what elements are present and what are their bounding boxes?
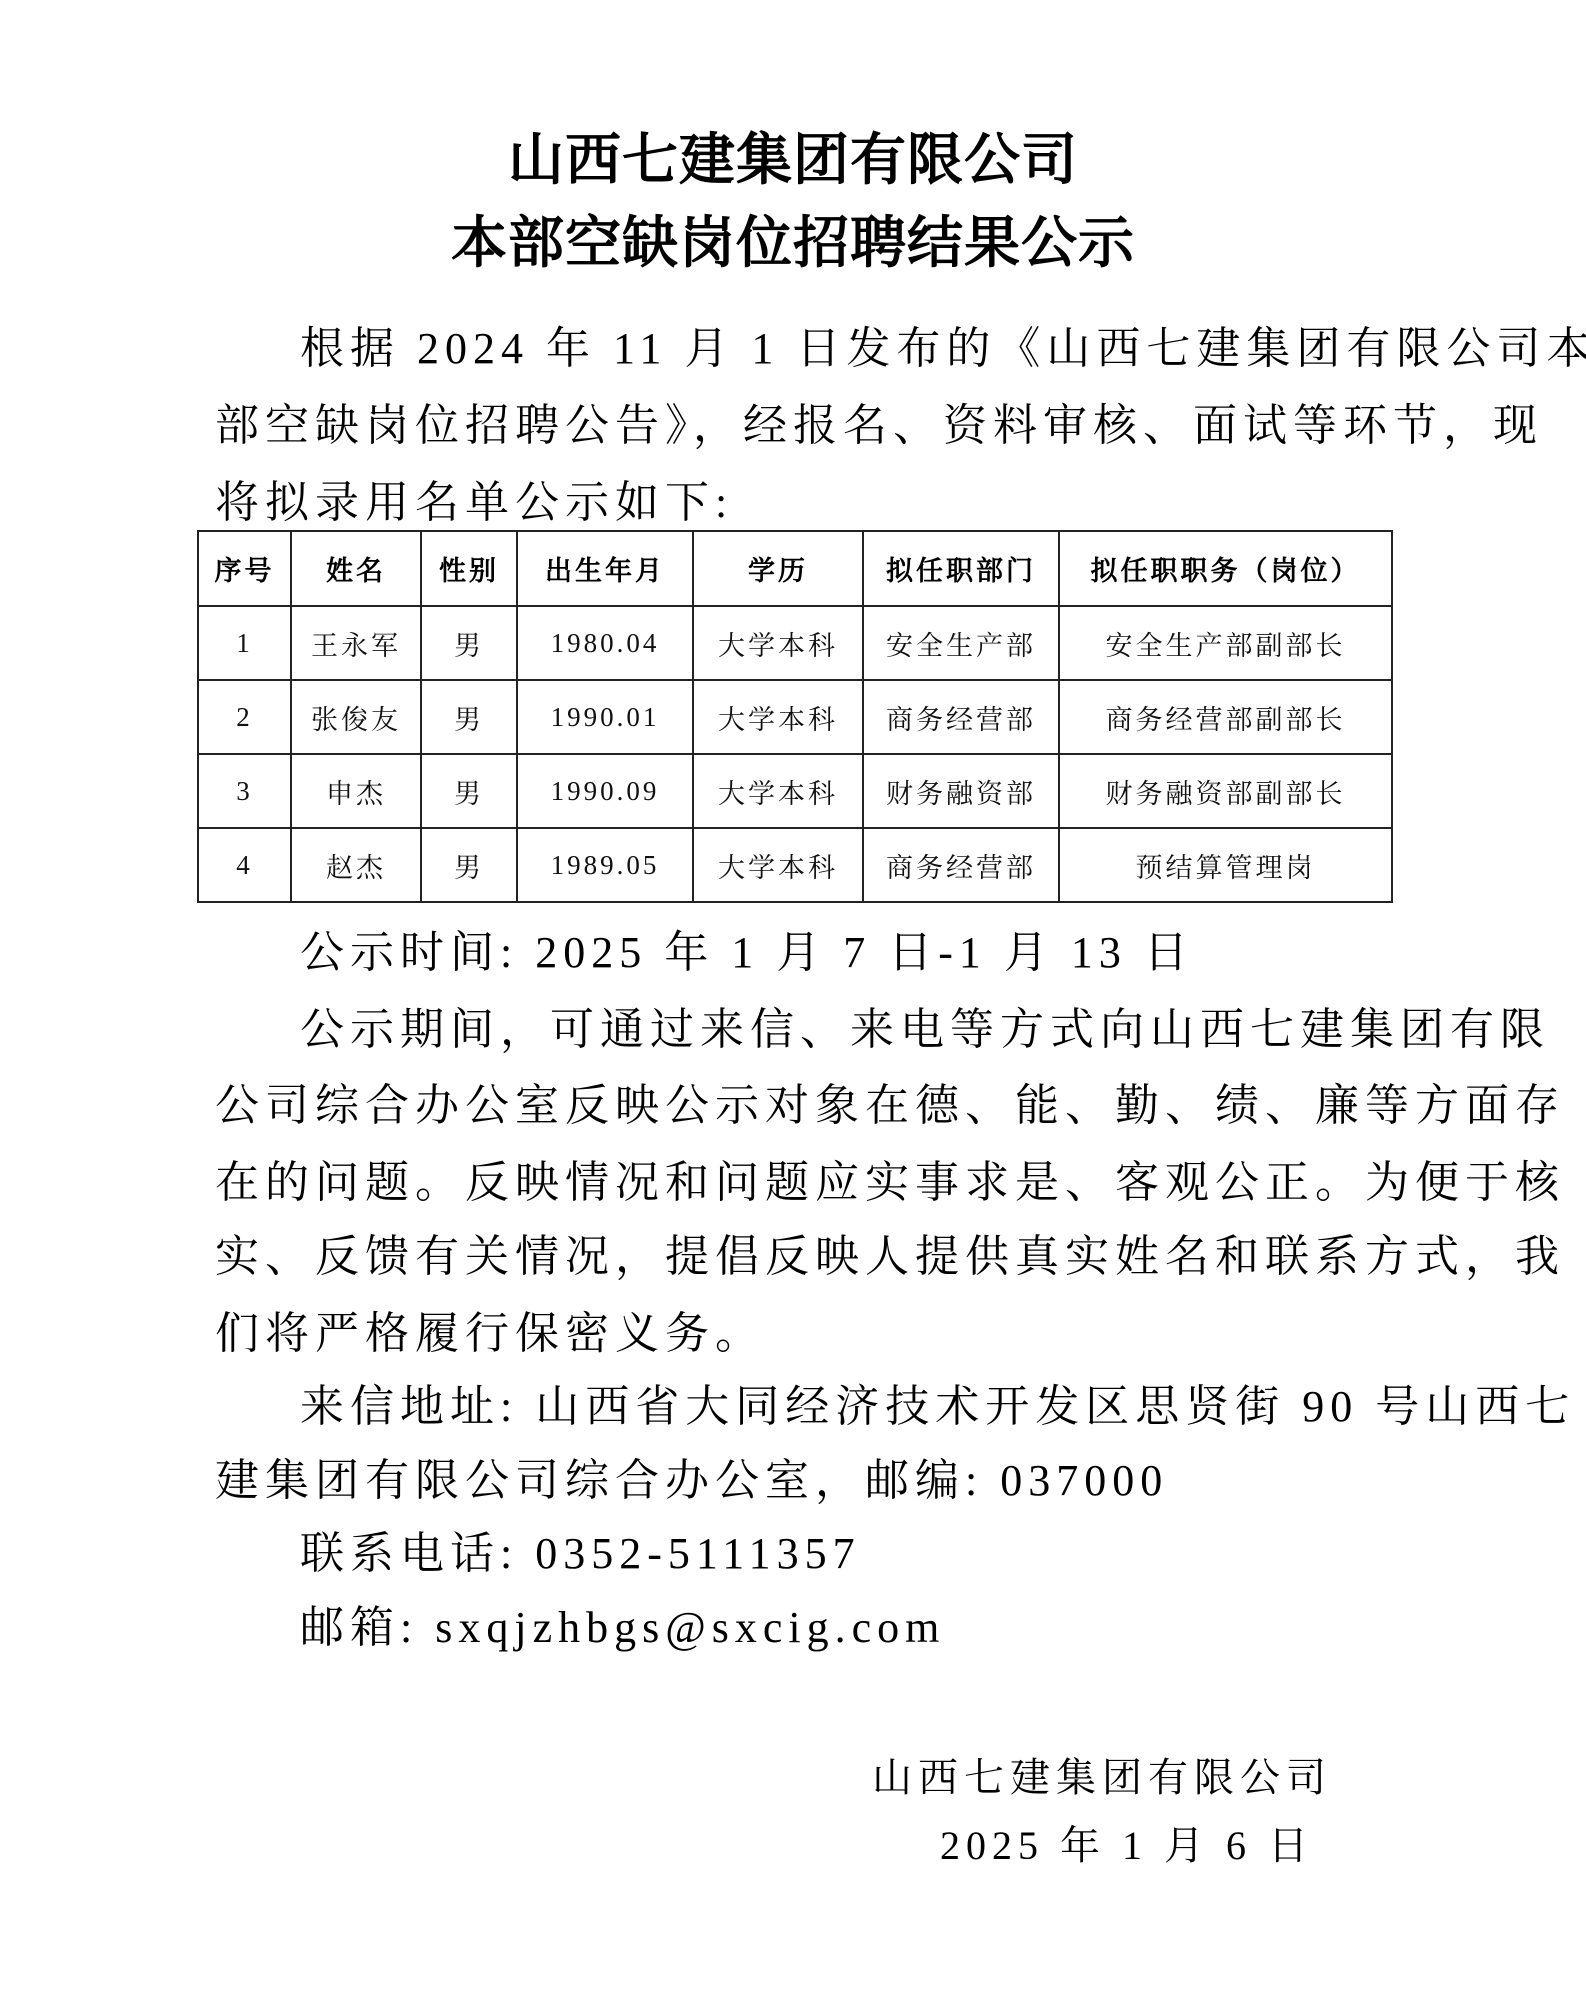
cell-index: 1	[198, 606, 291, 680]
cell-index: 3	[198, 754, 291, 828]
contact-email: 邮箱: sxqjzhbgs@sxcig.com	[300, 1600, 1480, 1656]
table-row: 3 申杰 男 1990.09 大学本科 财务融资部 财务融资部副部长	[198, 754, 1392, 828]
cell-position: 财务融资部副部长	[1059, 754, 1392, 828]
cell-department: 商务经营部	[863, 828, 1059, 902]
cell-department: 财务融资部	[863, 754, 1059, 828]
cell-education: 大学本科	[693, 606, 863, 680]
header-name: 姓名	[291, 531, 421, 606]
header-education: 学历	[693, 531, 863, 606]
header-index: 序号	[198, 531, 291, 606]
cell-gender: 男	[421, 828, 517, 902]
table-row: 2 张俊友 男 1990.01 大学本科 商务经营部 商务经营部副部长	[198, 680, 1392, 754]
cell-department: 安全生产部	[863, 606, 1059, 680]
cell-birth: 1980.04	[517, 606, 693, 680]
signature-organization: 山西七建集团有限公司	[872, 1753, 1332, 1803]
cell-name: 王永军	[291, 606, 421, 680]
cell-name: 申杰	[291, 754, 421, 828]
hiring-results-table: 序号 姓名 性别 出生年月 学历 拟任职部门 拟任职职务（岗位） 1 王永军 男…	[197, 530, 1393, 903]
header-position: 拟任职职务（岗位）	[1059, 531, 1392, 606]
cell-birth: 1990.09	[517, 754, 693, 828]
cell-birth: 1989.05	[517, 828, 693, 902]
cell-gender: 男	[421, 754, 517, 828]
cell-gender: 男	[421, 680, 517, 754]
page-title-line2: 本部空缺岗位招聘结果公示	[0, 211, 1586, 275]
header-department: 拟任职部门	[863, 531, 1059, 606]
cell-department: 商务经营部	[863, 680, 1059, 754]
address-line-1: 来信地址: 山西省大同经济技术开发区思贤街 90 号山西七	[300, 1379, 1480, 1435]
notice-line-4: 实、反馈有关情况，提倡反映人提供真实姓名和联系方式，我	[215, 1229, 1395, 1285]
intro-line-2: 部空缺岗位招聘公告》，经报名、资料审核、面试等环节，现	[215, 398, 1395, 454]
table-header-row: 序号 姓名 性别 出生年月 学历 拟任职部门 拟任职职务（岗位）	[198, 531, 1392, 606]
address-line-2: 建集团有限公司综合办公室，邮编: 037000	[215, 1453, 1395, 1509]
table-row: 1 王永军 男 1980.04 大学本科 安全生产部 安全生产部副部长	[198, 606, 1392, 680]
cell-position: 预结算管理岗	[1059, 828, 1392, 902]
notice-line-5: 们将严格履行保密义务。	[215, 1306, 1395, 1362]
cell-position: 商务经营部副部长	[1059, 680, 1392, 754]
notice-line-3: 在的问题。反映情况和问题应实事求是、客观公正。为便于核	[215, 1155, 1395, 1211]
cell-gender: 男	[421, 606, 517, 680]
header-gender: 性别	[421, 531, 517, 606]
signature-date: 2025 年 1 月 6 日	[940, 1821, 1314, 1871]
cell-name: 赵杰	[291, 828, 421, 902]
publicity-period: 公示时间: 2025 年 1 月 7 日-1 月 13 日	[300, 925, 1480, 981]
header-birth: 出生年月	[517, 531, 693, 606]
cell-index: 4	[198, 828, 291, 902]
cell-education: 大学本科	[693, 680, 863, 754]
page-title-line1: 山西七建集团有限公司	[0, 128, 1586, 192]
cell-education: 大学本科	[693, 754, 863, 828]
intro-line-1: 根据 2024 年 11 月 1 日发布的《山西七建集团有限公司本	[300, 321, 1480, 377]
table-row: 4 赵杰 男 1989.05 大学本科 商务经营部 预结算管理岗	[198, 828, 1392, 902]
cell-name: 张俊友	[291, 680, 421, 754]
notice-line-2: 公司综合办公室反映公示对象在德、能、勤、绩、廉等方面存	[215, 1078, 1395, 1134]
notice-line-1: 公示期间，可通过来信、来电等方式向山西七建集团有限	[300, 1002, 1480, 1058]
contact-phone: 联系电话: 0352-5111357	[300, 1526, 1480, 1582]
intro-line-3: 将拟录用名单公示如下:	[215, 475, 1395, 531]
cell-education: 大学本科	[693, 828, 863, 902]
cell-position: 安全生产部副部长	[1059, 606, 1392, 680]
cell-index: 2	[198, 680, 291, 754]
cell-birth: 1990.01	[517, 680, 693, 754]
